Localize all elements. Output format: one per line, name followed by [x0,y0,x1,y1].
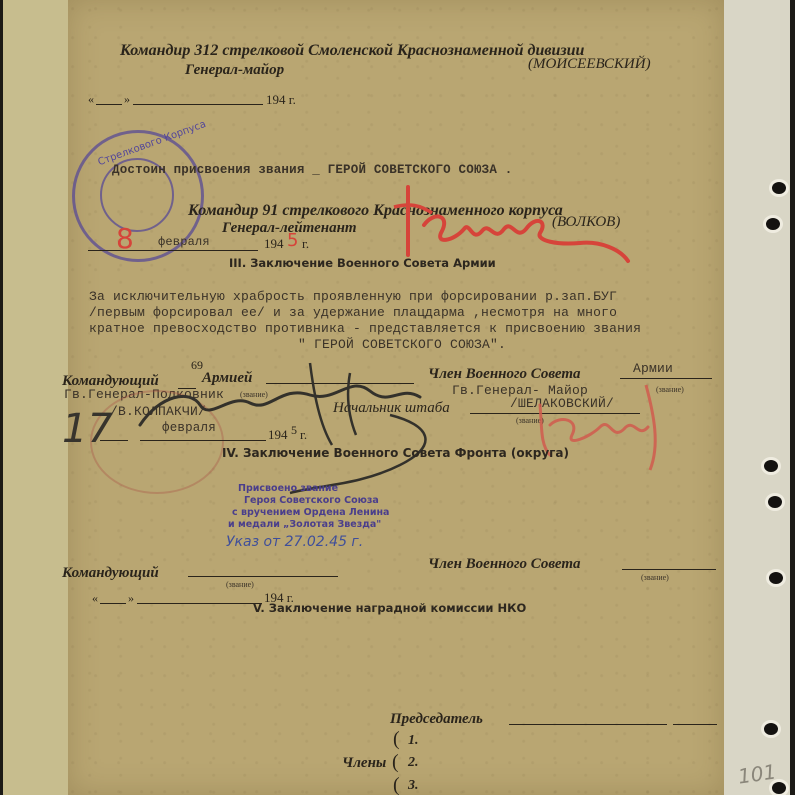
member-number-2: 2. [408,755,419,771]
date-quote-open: « [88,92,94,107]
punch-hole [772,182,786,194]
section-3-body-line-3: кратное превосходство противника - предс… [89,321,641,336]
front-commander-line [188,576,338,577]
section-3-body-line-1: За исключительную храбрость проявленную … [89,289,617,304]
award-stamp-line-4: и медали „Золотая Звезда" [228,519,381,531]
members-label: Члены [342,755,386,772]
front-council-member-label: Член Военного Совета [428,556,581,573]
award-stamp-line-2: Героя Советского Союза [244,495,379,507]
corps-date-year-suffix: 5 [287,230,298,251]
corps-date-year-unit: г. [302,236,309,252]
members-brace-1: ( [393,728,400,751]
corps-date-line [88,250,258,251]
front-zvanie-caption: (звание) [226,580,254,589]
division-commander-title: Командир 312 стрелковой Смоленской Красн… [120,42,584,60]
date-month-line [133,104,263,105]
division-commander-rank: Генерал-майор [185,62,284,79]
punch-hole [769,572,783,584]
council-member-value: Армии [633,361,673,376]
member-number-1: 1. [408,733,419,749]
date-quote-close: » [124,92,130,107]
section-3-body-line-4: " ГЕРОЙ СОВЕТСКОГО СОЮЗА". [298,337,506,352]
date-day-line [96,104,122,105]
front-date-month-line [137,603,262,604]
member-number-3: 3. [408,778,419,794]
punch-hole [772,782,786,794]
chief-of-staff-signature [520,375,680,475]
punch-hole [764,723,778,735]
award-stamp-line-1: Присвоено звание [238,483,338,495]
front-date-day-line [100,603,126,604]
section-4-heading: IV. Заключение Военного Совета Фронта (о… [222,446,569,460]
front-date-quote-open: « [92,591,98,606]
chairman-label: Председатель [390,711,483,728]
section-5-heading: V. Заключение наградной комиссии НКО [253,601,526,615]
members-brace-3: ( [393,774,400,795]
front-council-member-line [622,569,716,570]
punch-hole [768,496,782,508]
army-commander-signature [100,355,440,495]
right-binding-strip [724,0,790,795]
punch-hole [766,218,780,230]
chairman-line-2 [673,724,717,725]
award-stamp-line-3: с вручением Ордена Ленина [232,507,389,519]
date-year: 194 г. [266,92,296,108]
left-paper-strip [3,0,68,795]
front-commander-label: Командующий [62,565,159,582]
chairman-line [509,724,667,725]
section-3-heading: III. Заключение Военного Совета Армии [229,256,496,270]
decree-note: Указ от 27.02.45 г. [226,534,363,550]
corps-date-month: февраля [158,235,210,249]
section-3-body-line-2: /первым форсировал ее/ и за удержание пл… [89,305,617,320]
front-council-zvanie-caption: (звание) [641,573,669,582]
front-date-quote-close: » [128,591,134,606]
division-commander-name: (МОИСЕЕВСКИЙ) [528,56,651,73]
punch-hole [764,460,778,472]
corps-decision-text: Достоин присвоения звания _ ГЕРОЙ СОВЕТС… [112,163,512,177]
corps-date-year: 194 [264,236,284,252]
members-brace-2: ( [392,751,399,774]
